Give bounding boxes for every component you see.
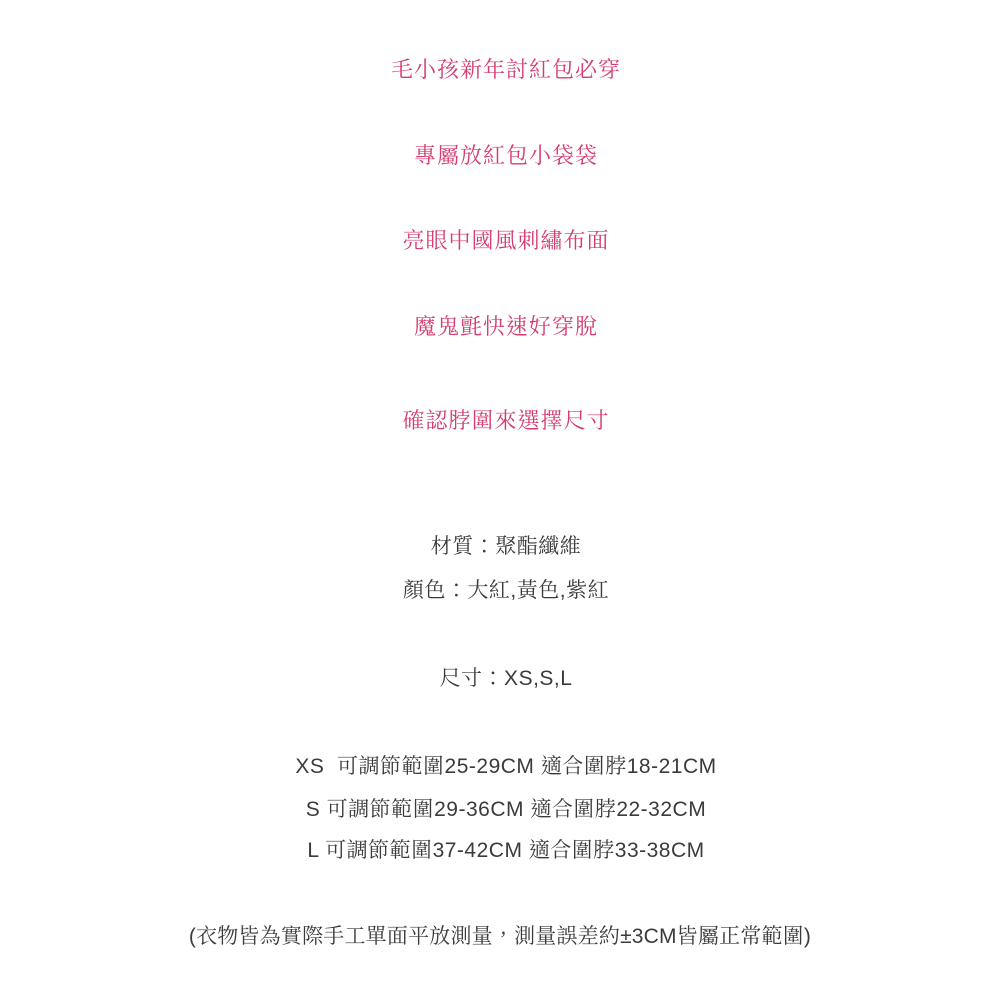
spec-colors: 顏色：大紅,黃色,紫紅 (12, 579, 1000, 603)
product-description-section: 毛小孩新年討紅包必穿 專屬放紅包小袋袋 亮眼中國風刺繡布面 魔鬼氈快速好穿脫 確… (0, 0, 1000, 1000)
highlight-line-sizing-tip: 確認脖圍來選擇尺寸 (12, 408, 1000, 433)
size-chart-row-s: S 可調節範圍29-36CM 適合圍脖22-32CM (12, 798, 1000, 822)
highlight-line-embroidery: 亮眼中國風刺繡布面 (12, 228, 1000, 253)
size-chart-row-l: L 可調節範圍37-42CM 適合圍脖33-38CM (12, 839, 1000, 863)
spec-material: 材質：聚酯纖維 (12, 535, 1000, 559)
highlight-line-velcro: 魔鬼氈快速好穿脫 (12, 314, 1000, 339)
highlight-line-pouch: 專屬放紅包小袋袋 (12, 143, 1000, 168)
spec-sizes: 尺寸：XS,S,L (12, 667, 1000, 691)
measurement-disclaimer: (衣物皆為實際手工單面平放測量，測量誤差約±3CM皆屬正常範圍) (0, 925, 1000, 949)
size-chart-row-xs: XS 可調節範圍25-29CM 適合圍脖18-21CM (12, 755, 1000, 779)
highlight-line-red-envelope: 毛小孩新年討紅包必穿 (12, 57, 1000, 82)
